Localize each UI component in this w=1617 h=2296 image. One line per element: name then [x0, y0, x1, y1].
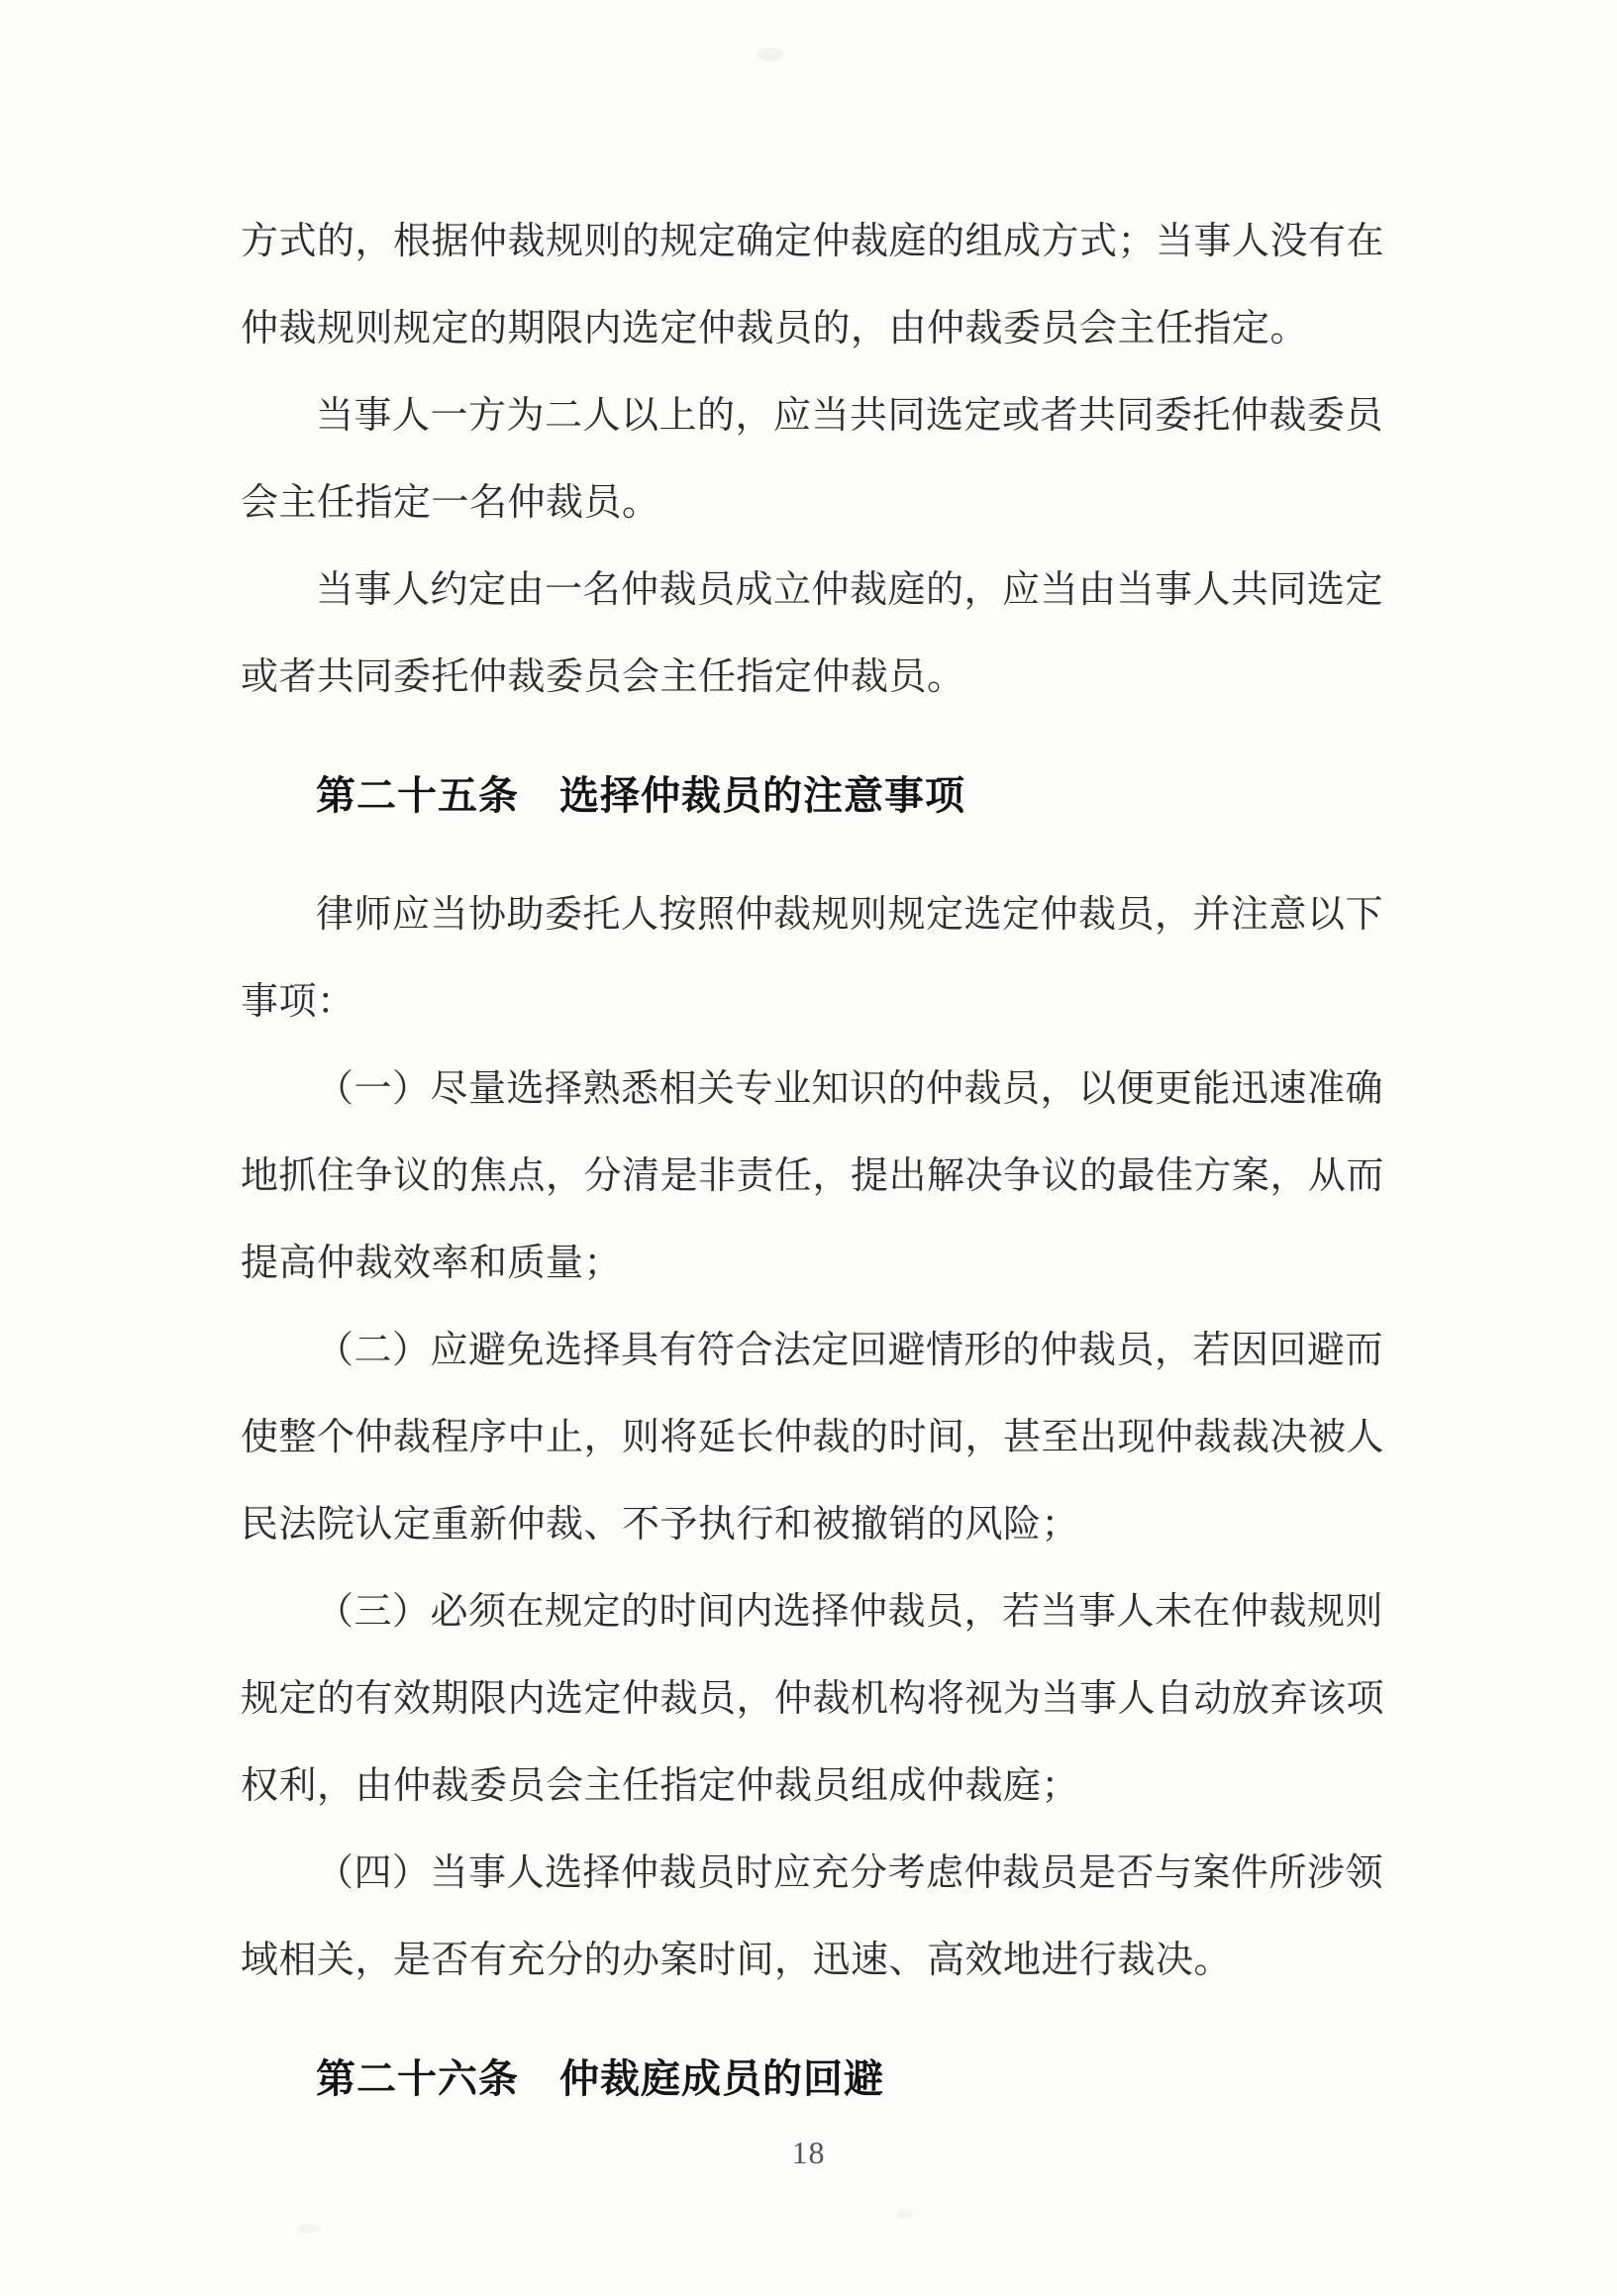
- text-line: 当事人一方为二人以上的，应当共同选定或者共同委托仲裁委员: [241, 372, 1376, 459]
- section-heading: 第二十五条 选择仲裁员的注意事项: [241, 752, 1376, 840]
- text-line: 地抓住争议的焦点，分清是非责任，提出解决争议的最佳方案，从而: [241, 1133, 1376, 1220]
- page-number: 18: [792, 2135, 826, 2170]
- text-line: 域相关，是否有充分的办案时间，迅速、高效地进行裁决。: [241, 1917, 1376, 2004]
- text-line: 当事人约定由一名仲裁员成立仲裁庭的，应当由当事人共同选定: [241, 547, 1376, 634]
- text-line: 仲裁规则规定的期限内选定仲裁员的，由仲裁委员会主任指定。: [241, 285, 1376, 372]
- document-text-column: 方式的，根据仲裁规则的规定确定仲裁庭的组成方式；当事人没有在仲裁规则规定的期限内…: [241, 198, 1376, 2154]
- text-line: 方式的，根据仲裁规则的规定确定仲裁庭的组成方式；当事人没有在: [241, 198, 1376, 285]
- section-heading: 第二十六条 仲裁庭成员的回避: [241, 2036, 1376, 2123]
- text-line: （二）应避免选择具有符合法定回避情形的仲裁员，若因回避而: [241, 1307, 1376, 1394]
- text-line: 规定的有效期限内选定仲裁员，仲裁机构将视为当事人自动放弃该项: [241, 1655, 1376, 1743]
- scan-artifact: [897, 2210, 913, 2219]
- text-line: 提高仲裁效率和质量；: [241, 1220, 1376, 1307]
- text-line: 或者共同委托仲裁委员会主任指定仲裁员。: [241, 634, 1376, 721]
- text-line: （四）当事人选择仲裁员时应充分考虑仲裁员是否与案件所涉领: [241, 1830, 1376, 1917]
- scan-artifact: [297, 2224, 319, 2234]
- text-line: （三）必须在规定的时间内选择仲裁员，若当事人未在仲裁规则: [241, 1568, 1376, 1655]
- scan-artifact: [758, 48, 783, 61]
- text-line: 使整个仲裁程序中止，则将延长仲裁的时间，甚至出现仲裁裁决被人: [241, 1394, 1376, 1481]
- text-line: 民法院认定重新仲裁、不予执行和被撤销的风险；: [241, 1481, 1376, 1568]
- text-line: （一）尽量选择熟悉相关专业知识的仲裁员，以便更能迅速准确: [241, 1046, 1376, 1133]
- text-line: 律师应当协助委托人按照仲裁规则规定选定仲裁员，并注意以下: [241, 871, 1376, 958]
- page-footer: 18: [0, 2131, 1617, 2174]
- text-line: 会主任指定一名仲裁员。: [241, 459, 1376, 547]
- text-line: 事项：: [241, 958, 1376, 1046]
- document-page: 方式的，根据仲裁规则的规定确定仲裁庭的组成方式；当事人没有在仲裁规则规定的期限内…: [0, 0, 1617, 2296]
- text-line: 权利，由仲裁委员会主任指定仲裁员组成仲裁庭；: [241, 1743, 1376, 1830]
